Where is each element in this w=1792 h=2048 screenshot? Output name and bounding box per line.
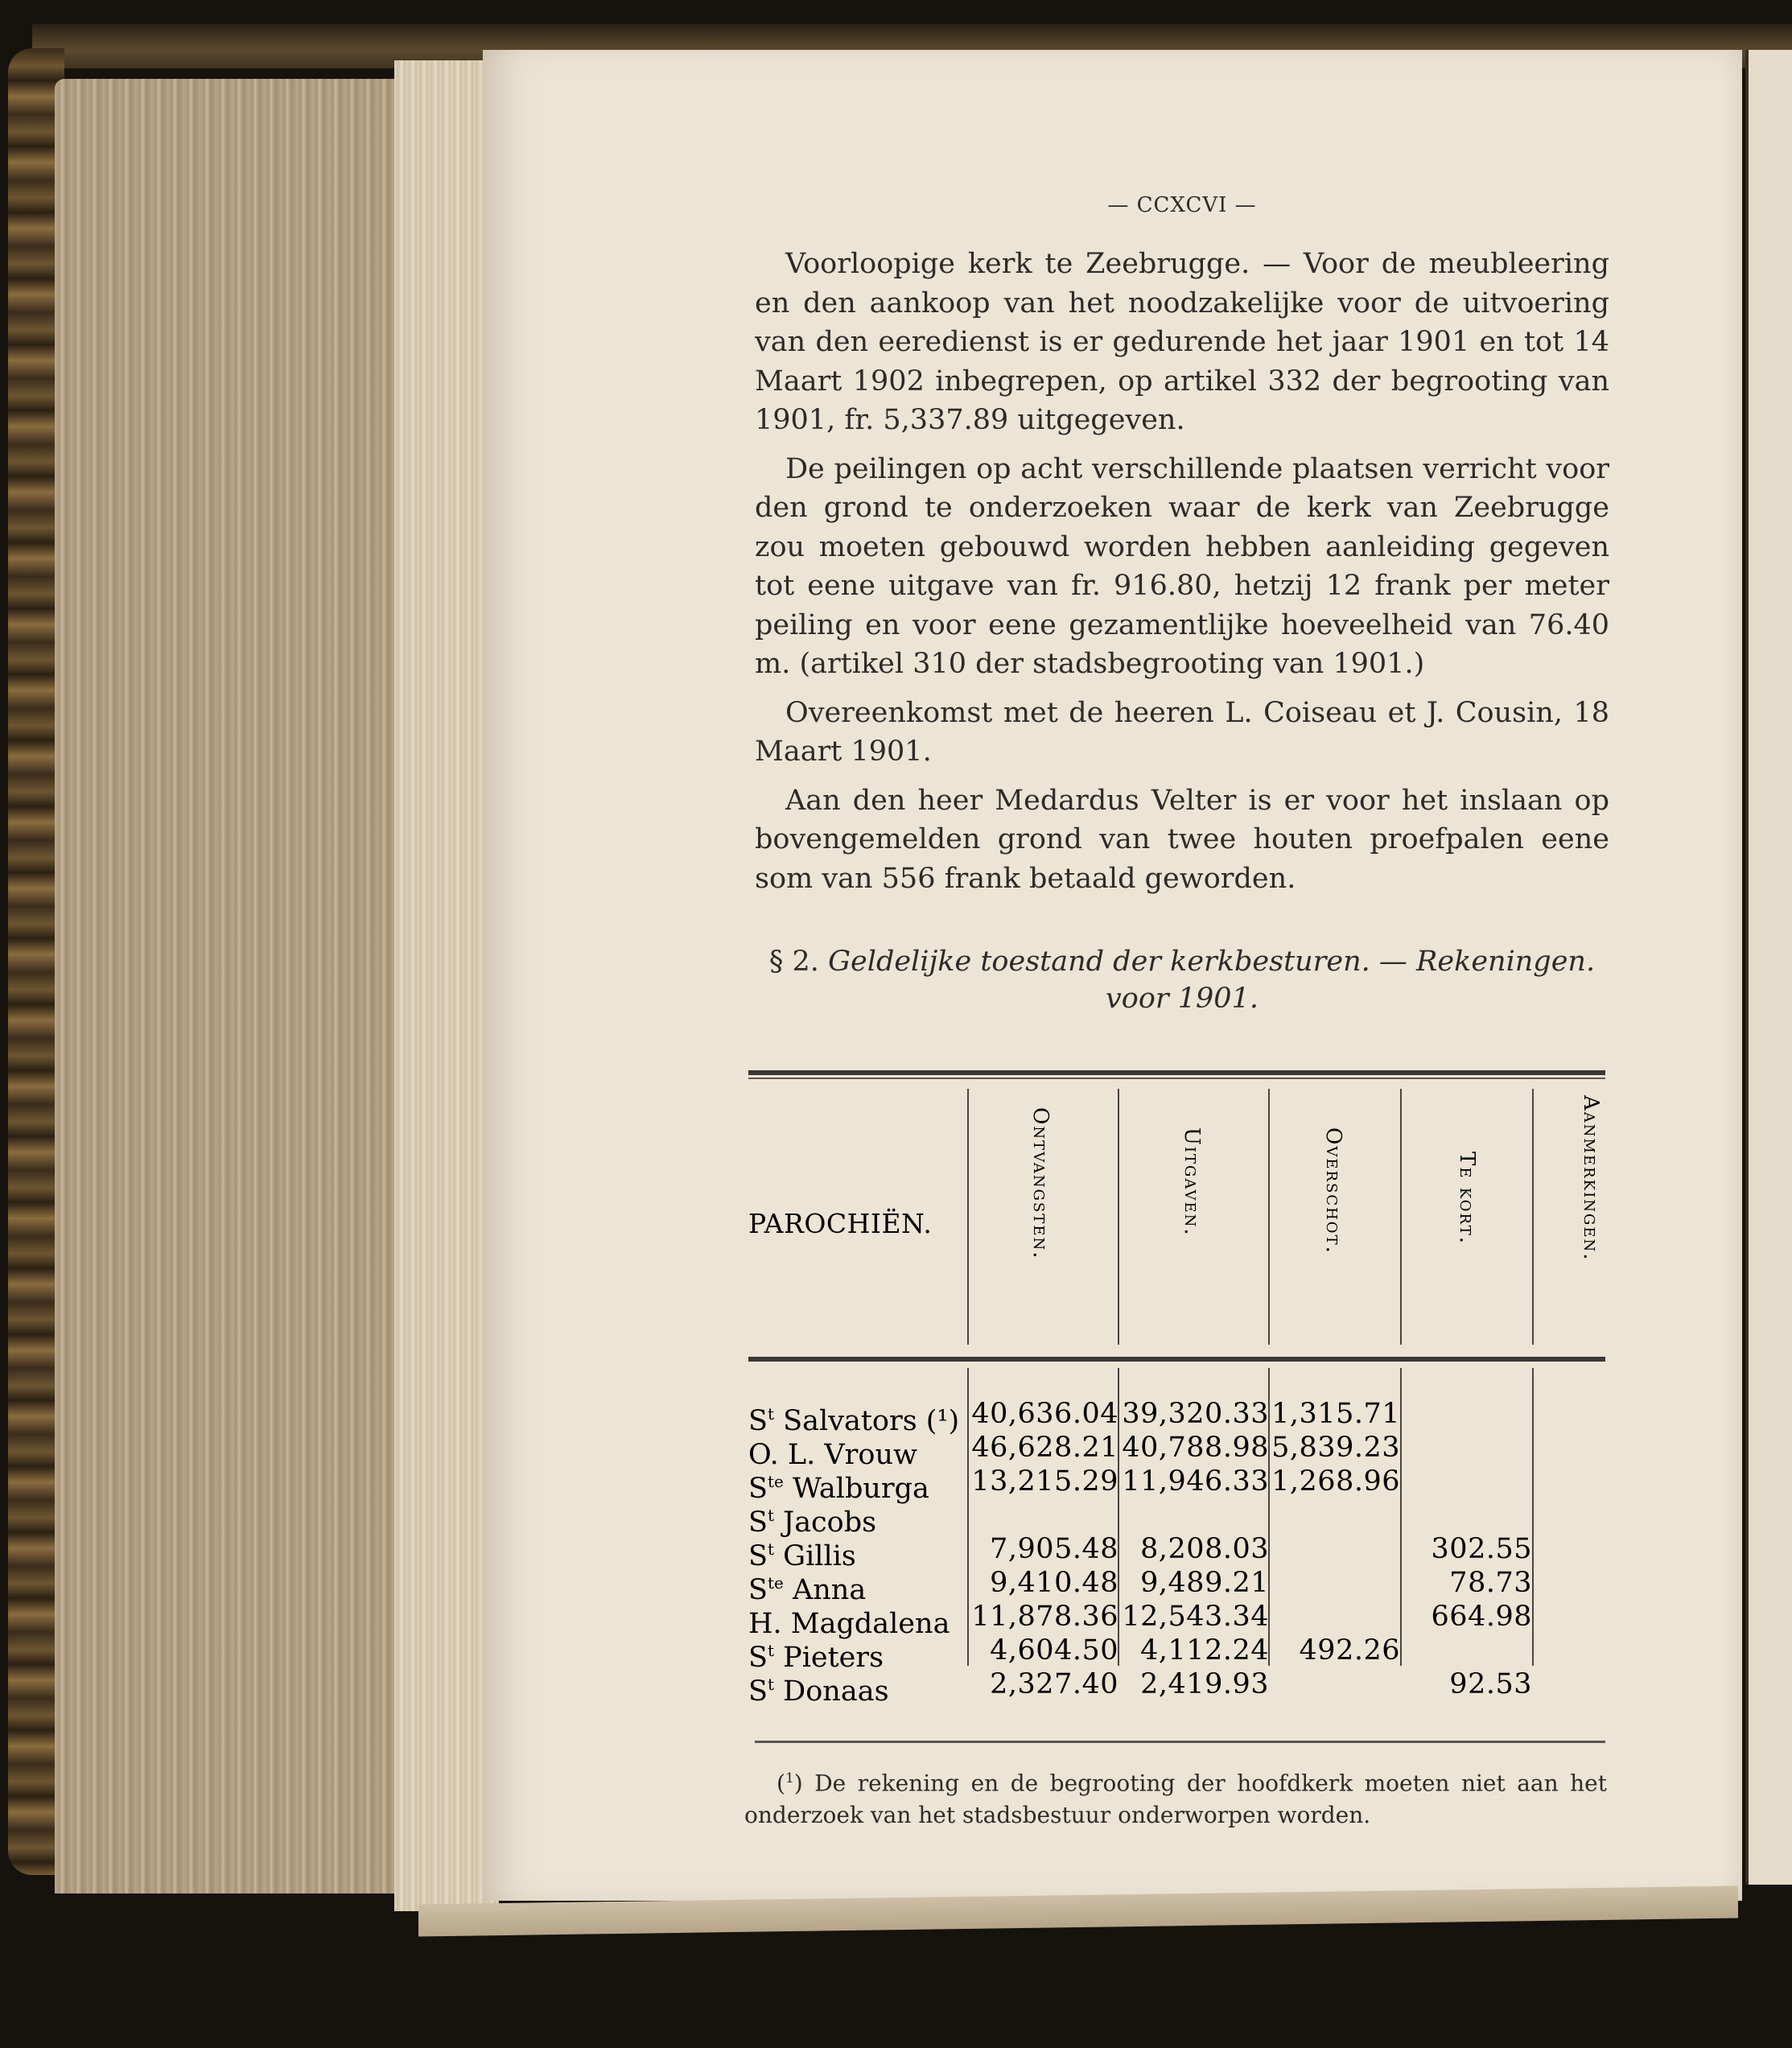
accounts-table: PAROCHIËN. Ontvangsten. Uitgaven. Oversc…: [748, 1070, 1605, 1679]
column-divider: [1268, 1089, 1270, 1345]
deficit-value: 92.53: [1402, 1667, 1532, 1701]
expenses-value: 4,112.24: [1119, 1634, 1269, 1667]
table-row: St Pieters 4,604.50 4,112.24 492.26: [748, 1634, 1605, 1667]
income-value: 4,604.50: [969, 1634, 1118, 1667]
surplus-value: 492.26: [1270, 1634, 1400, 1667]
table-row: St Gillis 7,905.48 8,208.03 302.55: [748, 1532, 1605, 1566]
income-value: 7,905.48: [969, 1532, 1118, 1566]
expenses-value: 40,788.98: [1119, 1431, 1269, 1465]
paragraph-zeebrugge-church: Voorloopige kerk te Zeebrugge. — Voor de…: [755, 245, 1609, 440]
header-expenses: Uitgaven.: [1180, 1127, 1204, 1361]
next-page-edge: [1749, 50, 1792, 1885]
section-title: Geldelijke toestand der kerkbesturen. — …: [828, 946, 1595, 978]
expenses-value: 2,419.93: [1119, 1667, 1269, 1701]
table-row: H. Magdalena 11,878.36 12,543.34 664.98: [748, 1600, 1605, 1634]
table-row: St Donaas 2,327.40 2,419.93 92.53: [748, 1667, 1605, 1701]
expenses-value: 11,946.33: [1119, 1465, 1269, 1498]
column-divider: [1532, 1089, 1534, 1345]
parish-name: St Donaas: [748, 1667, 967, 1708]
expenses-value: 8,208.03: [1119, 1532, 1269, 1566]
paragraph-soundings: De peilingen op acht verschillende plaat…: [755, 450, 1609, 684]
deficit-value: 78.73: [1402, 1566, 1532, 1600]
expenses-value: 12,543.34: [1119, 1600, 1269, 1634]
deficit-value: 302.55: [1402, 1532, 1532, 1566]
table-row: O. L. Vrouw 46,628.21 40,788.98 5,839.23: [748, 1431, 1605, 1465]
expenses-value: 39,320.33: [1119, 1397, 1269, 1431]
surplus-value: 1,268.96: [1270, 1465, 1400, 1498]
header-deficit: Te kort.: [1455, 1152, 1479, 1385]
table-row: Ste Anna 9,410.48 9,489.21 78.73: [748, 1566, 1605, 1600]
section-heading: § 2. Geldelijke toestand der kerkbesture…: [755, 943, 1609, 1017]
header-surplus: Overschot.: [1321, 1127, 1345, 1361]
table-top-rule: [748, 1070, 1605, 1075]
section-subtitle: voor 1901.: [1106, 983, 1259, 1015]
surplus-value: 5,839.23: [1270, 1431, 1400, 1465]
income-value: 13,215.29: [969, 1465, 1118, 1498]
paragraph-agreement: Overeenkomst met de heeren L. Coiseau et…: [755, 694, 1609, 772]
running-head-page-number: — CCXCVI —: [755, 193, 1609, 217]
income-value: 11,878.36: [969, 1600, 1118, 1634]
footnote-rule: [755, 1741, 1605, 1743]
table-row: St Jacobs: [748, 1498, 1605, 1532]
income-value: 2,327.40: [969, 1667, 1118, 1701]
header-parishes: PAROCHIËN.: [748, 1208, 932, 1239]
deficit-value: 664.98: [1402, 1600, 1532, 1634]
income-value: 9,410.48: [969, 1566, 1118, 1600]
column-divider: [967, 1089, 969, 1345]
footnote-text: De rekening en de begrooting der hoofdke…: [744, 1770, 1607, 1828]
expenses-value: 9,489.21: [1119, 1566, 1269, 1600]
paragraph-payment-velter: Aan den heer Medardus Velter is er voor …: [755, 781, 1609, 899]
table-header: PAROCHIËN. Ontvangsten. Uitgaven. Oversc…: [748, 1079, 1605, 1357]
surplus-value: 1,315.71: [1270, 1397, 1400, 1431]
header-income: Ontvangsten.: [1028, 1107, 1053, 1341]
left-page-stack: [55, 79, 413, 1893]
section-number: § 2.: [769, 946, 819, 978]
header-remarks: Aanmerkingen.: [1579, 1095, 1603, 1329]
table-body: St Salvators (¹) 40,636.04 39,320.33 1,3…: [748, 1362, 1605, 1679]
income-value: 40,636.04: [969, 1397, 1118, 1431]
income-value: 46,628.21: [969, 1431, 1118, 1465]
column-divider: [1118, 1089, 1119, 1345]
page-content: — CCXCVI — Voorloopige kerk te Zeebrugge…: [755, 193, 1609, 1017]
table-row: St Salvators (¹) 40,636.04 39,320.33 1,3…: [748, 1397, 1605, 1431]
footnote: (1) De rekening en de begrooting der hoo…: [744, 1762, 1607, 1832]
footnote-marker: 1: [785, 1770, 794, 1786]
table-row: Ste Walburga 13,215.29 11,946.33 1,268.9…: [748, 1465, 1605, 1498]
column-divider: [1400, 1089, 1402, 1345]
